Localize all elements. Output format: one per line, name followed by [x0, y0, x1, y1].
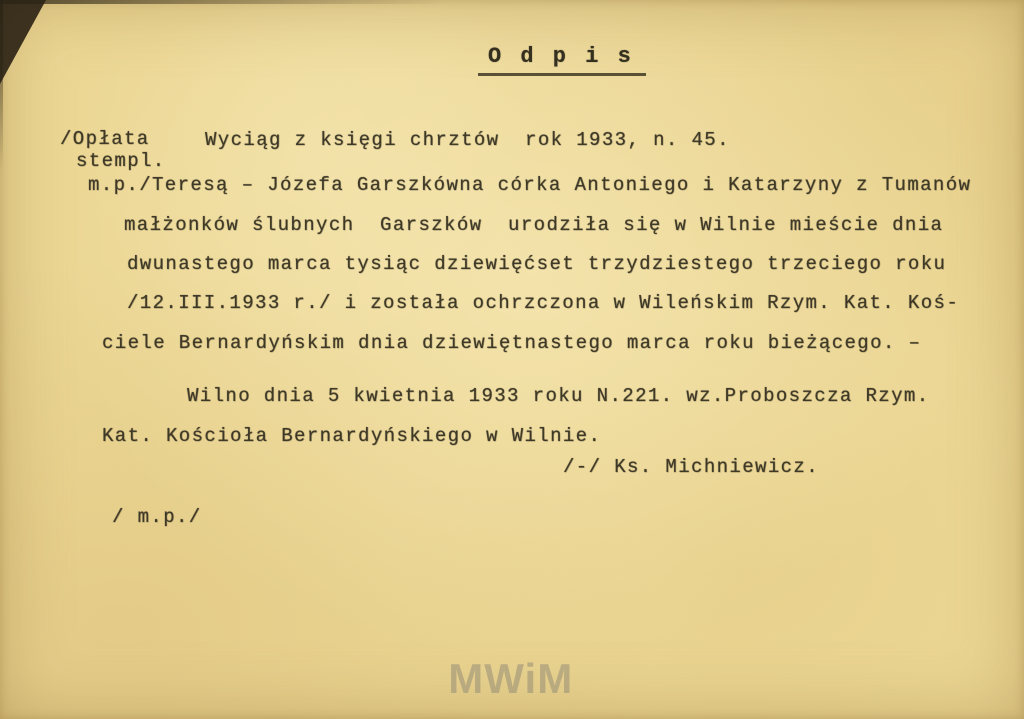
body-line: ciele Bernardyńskim dnia dziewiętnastego…: [102, 331, 921, 355]
body-line: /12.III.1933 r./ i została ochrzczona w …: [127, 291, 959, 315]
body-line: małżonków ślubnych Garszków urodziła się…: [124, 213, 943, 237]
stamp-fee-note-line1: /Opłata: [60, 127, 150, 151]
document-title-text: O d p i s: [478, 44, 646, 76]
scanned-document-page: O d p i s /Opłata stempl. Wyciąg z księg…: [0, 0, 1024, 719]
archive-watermark: MWiM: [448, 655, 573, 703]
signature-line: /-/ Ks. Michniewicz.: [563, 455, 819, 479]
body-line: Kat. Kościoła Bernardyńskiego w Wilnie.: [102, 424, 601, 448]
seal-placeholder: / m.p./: [112, 505, 202, 529]
scan-edge-corner: [0, 0, 46, 84]
scan-edge-left: [0, 0, 3, 170]
scan-edge-top: [0, 0, 445, 4]
document-title: O d p i s: [478, 44, 646, 76]
body-line: m.p./Teresą – Józefa Garszkówna córka An…: [88, 173, 971, 197]
stamp-fee-note-line2: stempl.: [76, 149, 166, 173]
body-line: dwunastego marca tysiąc dziewięćset trzy…: [127, 252, 946, 276]
body-line: Wilno dnia 5 kwietnia 1933 roku N.221. w…: [187, 384, 930, 408]
document-heading: Wyciąg z księgi chrztów rok 1933, n. 45.: [205, 128, 730, 152]
